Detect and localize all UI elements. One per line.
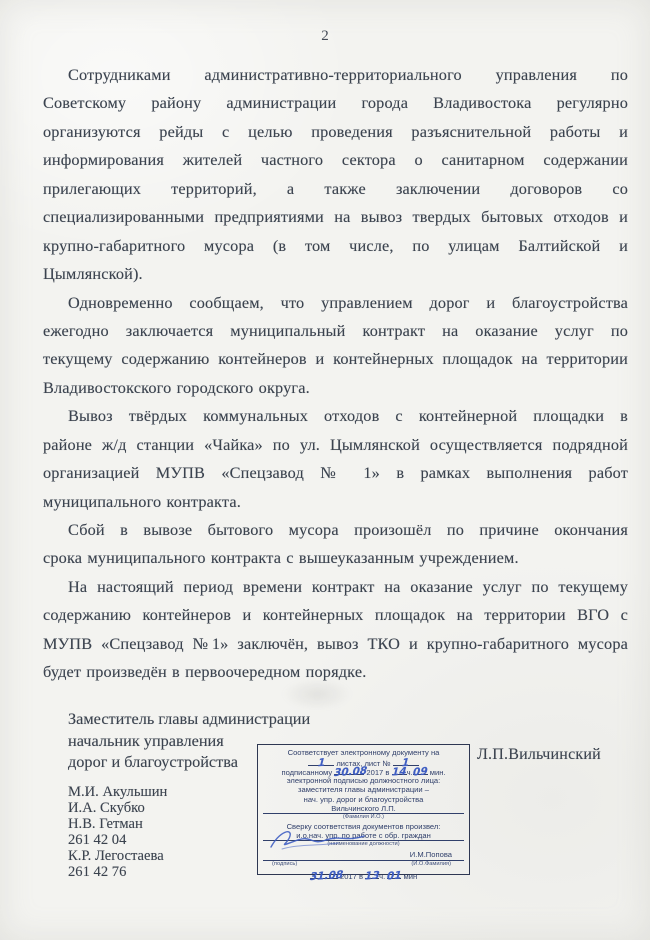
page-number: 2 (0, 28, 650, 45)
body-line: Сбой в вывозе бытового мусора произошёл … (43, 516, 628, 544)
contacts-block: М.И. АкульшинИ.А. СкубкоН.В. Гетман261 4… (68, 784, 268, 880)
contact-line: И.А. Скубко (68, 800, 268, 816)
esign-verification-stamp: Соответствует электронному документу на … (257, 744, 470, 875)
verify-mid: 2017 в (340, 872, 363, 881)
stamp-line-esign: электронной подписью должностного лица: (260, 776, 467, 785)
handwritten-verify-hour: 13 (365, 870, 380, 883)
stamp-caption-sign: (подпись) (272, 861, 297, 868)
signed-hour-blank: 14 (392, 766, 407, 775)
verifier-signature-scribble (268, 827, 368, 853)
contact-line: К.Р. Легостаева (68, 848, 268, 864)
body-line: МУПВ «Спецзавод №1» заключён, вывоз ТКО … (43, 630, 628, 658)
body-line: Сотрудниками административно-территориал… (43, 61, 628, 89)
document-page: 2 Сотрудниками административно-территори… (0, 0, 650, 940)
body-line: ежегодно заключается муниципальный контр… (43, 317, 628, 345)
handwritten-sheets-count: 1 (317, 756, 325, 769)
stamp-line-matches: Соответствует электронному документу на (260, 748, 467, 757)
sheets-blank: 1 (308, 757, 334, 766)
body-line: Вывоз твёрдых коммунальных отходов с кон… (43, 402, 628, 430)
body-line: Владивостокского городского округа. (43, 374, 628, 402)
body-line: организуются рейды с целью проведения ра… (43, 118, 628, 146)
handwritten-signed-min: 09 (412, 766, 427, 779)
body-line: прилегающих территорий, а также заключен… (43, 175, 628, 203)
contact-line: Н.В. Гетман (68, 816, 268, 832)
signature-position-line: Заместитель главы администрации (68, 708, 328, 730)
stamp-line-official-2: нач. упр. дорог и благоустройства (260, 795, 467, 804)
body-line: крупно-габаритного мусора (в том числе, … (43, 232, 628, 260)
body-line: Одновременно сообщаем, что управлением д… (43, 289, 628, 317)
body-line: срока муниципального контракта с вышеука… (43, 544, 628, 572)
body-line: текущему содержанию контейнеров и контей… (43, 345, 628, 373)
body-text: Сотрудниками административно-территориал… (43, 61, 628, 687)
body-line: специализированными предприятиями на выв… (43, 203, 628, 231)
contact-line: 261 42 04 (68, 832, 268, 848)
contact-line: М.И. Акульшин (68, 784, 268, 800)
verify-date-blank: 31.08 (310, 870, 338, 879)
body-line: районе ж/д станции «Чайка» по ул. Цымлян… (43, 431, 628, 459)
body-line: организацией МУПВ «Спецзавод № 1» в рамк… (43, 459, 628, 487)
stamp-line-verify-date: 31.08 2017 в 13ч. 01 мин (260, 870, 467, 882)
stamp-caption-io: (И.О.Фамилия) (411, 861, 451, 868)
body-line: Советскому району администрации города В… (43, 89, 628, 117)
contact-line: 261 42 76 (68, 864, 268, 880)
stamp-line-official-1: заместителя главы администрации – (260, 785, 467, 794)
stamp-official-name: Вильчинского Л.П. (263, 804, 464, 814)
handwritten-verify-date: 31.08 (309, 869, 343, 883)
handwritten-signed-hour: 14 (391, 766, 406, 779)
signed-min-blank: 09 (413, 766, 428, 775)
stamp-captions-sign-io: (подпись) (И.О.Фамилия) (260, 861, 467, 868)
handwritten-verify-min: 01 (387, 870, 402, 883)
verify-min-suffix: мин (403, 872, 417, 881)
body-line: Цымлянской). (43, 260, 628, 288)
body-line: На настоящий период времени контракт на … (43, 573, 628, 601)
body-line: информирования жителей частного сектора … (43, 146, 628, 174)
body-line: содержанию контейнеров и контейнерных пл… (43, 601, 628, 629)
stamp-line-signed: подписанному 30.08 2017 в 14ч.09 мин. (260, 766, 467, 776)
signed-date-blank: 30.08 (334, 766, 364, 775)
verify-min-blank: 01 (387, 870, 401, 879)
verify-hour-blank: 13 (365, 870, 379, 879)
sheet-no-blank: 1 (393, 757, 419, 766)
signer-name: Л.П.Вильчинский (477, 746, 601, 764)
stamp-caption-name: (Фамилия И.О.) (260, 814, 467, 821)
body-line: муниципального контракта. (43, 488, 628, 516)
scan-smudge (282, 678, 352, 710)
